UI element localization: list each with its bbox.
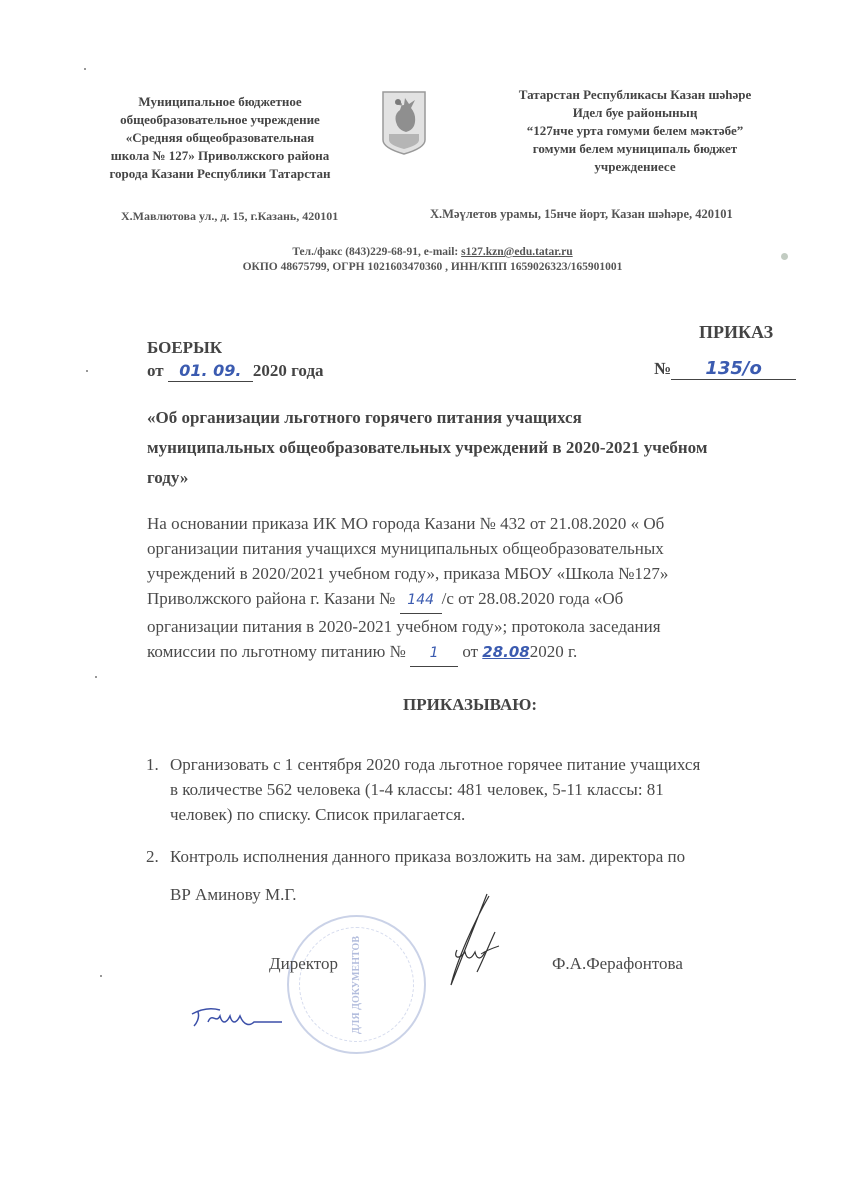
letterhead-right-line: Идел буе районының: [495, 104, 775, 122]
preamble: На основании приказа ИК МО города Казани…: [147, 511, 837, 667]
scan-speck: [100, 975, 102, 977]
subject-line: «Об организации льготного горячего питан…: [147, 403, 827, 433]
protocol-num-field: 1: [410, 639, 458, 667]
preamble-line: организации питания в 2020-2021 учебном …: [147, 614, 837, 639]
item-number: 1.: [146, 752, 159, 777]
acknowledgement-signature-icon: [188, 1002, 288, 1032]
official-stamp: ДЛЯ ДОКУМЕНТОВ: [287, 915, 426, 1054]
number-field: 135/о: [671, 358, 796, 380]
stamp-text: ДЛЯ ДОКУМЕНТОВ: [351, 936, 362, 1034]
order-number: №135/о: [654, 358, 796, 380]
letterhead-right-line: Татарстан Республикасы Казан шәһәре: [495, 86, 775, 104]
item-line: человек) по списку. Список прилагается.: [170, 802, 830, 827]
item-line: Организовать с 1 сентября 2020 года льго…: [170, 752, 830, 777]
order-title-tatar: БОЕРЫК: [147, 338, 222, 358]
number-handwritten: 135/о: [705, 358, 762, 379]
letterhead-left-line: общеобразовательное учреждение: [85, 111, 355, 129]
letterhead-right: Татарстан Республикасы Казан шәһәре Идел…: [495, 86, 775, 176]
contact-line: Тел./факс (843)229-68-91, e-mail: s127.k…: [200, 245, 665, 260]
order-ref-handwritten: 144: [407, 592, 434, 608]
date-field: 01. 09.: [168, 361, 253, 382]
director-signature-icon: [437, 890, 507, 990]
order-ref-field: 144: [400, 586, 442, 614]
preamble-text: Приволжского района г. Казани №: [147, 589, 400, 608]
kazan-coat-of-arms-icon: [381, 90, 427, 156]
email-link[interactable]: s127.kzn@edu.tatar.ru: [461, 246, 573, 258]
protocol-date-handwritten: 28.08: [482, 643, 529, 661]
order-title: ПРИКАЗ: [699, 322, 773, 343]
phone-fax: Тел./факс (843)229-68-91, e-mail:: [292, 246, 461, 258]
order-heading: ПРИКАЗЫВАЮ:: [403, 695, 537, 715]
preamble-text: 2020 г.: [530, 642, 578, 661]
protocol-num-handwritten: 1: [430, 645, 439, 661]
order-subject: «Об организации льготного горячего питан…: [147, 403, 827, 493]
letterhead-right-line: “127нче урта гомуми белем мәктәбе”: [495, 122, 775, 140]
preamble-text: от: [458, 642, 482, 661]
order-date: от 01. 09.2020 года: [147, 361, 324, 382]
number-prefix: №: [654, 359, 671, 378]
letterhead-right-line: гомуми белем муниципаль бюджет: [495, 140, 775, 158]
preamble-line: учреждений в 2020/2021 учебном году», пр…: [147, 561, 837, 586]
letterhead-left-line: «Средняя общеобразовательная: [85, 129, 355, 147]
item-line: Контроль исполнения данного приказа возл…: [170, 838, 830, 876]
item-number: 2.: [146, 838, 159, 876]
signatory-name: Ф.А.Ферафонтова: [552, 954, 683, 974]
contact-block: Тел./факс (843)229-68-91, e-mail: s127.k…: [200, 245, 665, 275]
letterhead-left-line: Муниципальное бюджетное: [85, 93, 355, 111]
preamble-line: Приволжского района г. Казани № 144/с от…: [147, 586, 837, 614]
letterhead-left-line: школа № 127» Приволжского района: [85, 147, 355, 165]
order-item-1: 1. Организовать с 1 сентября 2020 года л…: [170, 752, 830, 827]
letterhead-left: Муниципальное бюджетное общеобразователь…: [85, 93, 355, 183]
preamble-line: На основании приказа ИК МО города Казани…: [147, 511, 837, 536]
item-line: в количестве 562 человека (1-4 классы: 4…: [170, 777, 830, 802]
date-prefix: от: [147, 361, 164, 380]
date-suffix: 2020 года: [253, 361, 324, 380]
scan-speck: [95, 676, 97, 678]
scan-speck: [86, 370, 88, 372]
signature-position: Директор: [269, 954, 338, 974]
date-handwritten: 01. 09.: [179, 361, 241, 380]
subject-line: муниципальных общеобразовательных учрежд…: [147, 433, 827, 463]
right-address: Х.Мәүлетов урамы, 15нче йорт, Казан шәһә…: [430, 207, 733, 222]
preamble-text: комиссии по льготному питанию №: [147, 642, 410, 661]
preamble-line: организации питания учащихся муниципальн…: [147, 536, 837, 561]
subject-line: году»: [147, 463, 827, 493]
preamble-text: /с от 28.08.2020 года «Об: [442, 589, 624, 608]
letterhead-left-line: города Казани Республики Татарстан: [85, 165, 355, 183]
registry-line: ОКПО 48675799, ОГРН 1021603470360 , ИНН/…: [200, 260, 665, 275]
left-address: Х.Мавлютова ул., д. 15, г.Казань, 420101: [121, 209, 338, 224]
letterhead-right-line: учреждениесе: [495, 158, 775, 176]
scan-speck: [781, 253, 788, 260]
scan-speck: [84, 68, 86, 70]
preamble-line: комиссии по льготному питанию № 1 от 28.…: [147, 639, 837, 667]
